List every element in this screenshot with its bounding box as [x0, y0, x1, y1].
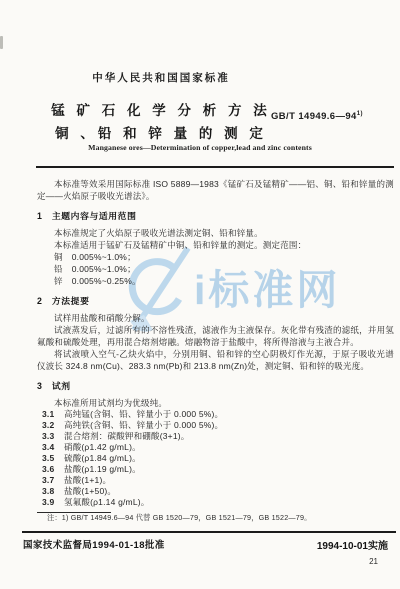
- reagent-item: 3.4硝酸(ρ1.42 g/mL)。: [37, 442, 394, 453]
- section-3-heading: 3 试剂: [37, 380, 394, 392]
- footnote: 注：1) GB/T 14949.6—94 代替 GB 1520—79，GB 15…: [37, 513, 394, 523]
- element-label: 铅: [54, 264, 63, 274]
- reagent-item: 3.7盐酸(1+1)。: [37, 475, 394, 486]
- reagent-number: 3.7: [42, 475, 58, 486]
- reagent-number: 3.9: [42, 497, 58, 508]
- standard-code: GB/T 14949.6—941): [271, 111, 363, 122]
- reagent-item: 3.1高纯锰(含铜、铅、锌量小于 0.000 5%)。: [37, 409, 394, 420]
- reagent-item: 3.2高纯铁(含铜、铅、锌量小于 0.000 5%)。: [37, 420, 394, 431]
- section-2-heading: 2 方法提要: [37, 295, 394, 307]
- reagent-text: 硫酸(ρ1.84 g/mL)。: [64, 453, 141, 463]
- section-2-paragraph-1: 试样用盐酸和硝酸分解。: [37, 312, 394, 324]
- range-item-zinc: 锌0.005%~0.25%。: [37, 275, 394, 287]
- section-1-paragraph-2: 本标准适用于锰矿石及锰精矿中铜、铅和锌量的测定。测定范围：: [37, 239, 394, 251]
- reagent-text: 氢氟酸(ρ1.14 g/mL)。: [64, 497, 150, 507]
- national-standard-label: 中华人民共和国国家标准: [30, 70, 292, 85]
- footer-divider: [22, 531, 396, 533]
- section-2-paragraph-2: 试液蒸发后，过滤所有的不溶性残渣，滤液作为主液保存。灰化带有残渣的滤纸，并用氢氟…: [37, 324, 394, 348]
- page-number: 21: [369, 557, 378, 566]
- document-page: i标准网 中华人民共和国国家标准 锰 矿 石 化 学 分 析 方 法 铜 、铅 …: [0, 0, 400, 589]
- reagent-number: 3.5: [42, 453, 58, 464]
- intro-paragraph: 本标准等效采用国际标准 ISO 5889—1983《锰矿石及锰精矿——铝、铜、铅…: [37, 178, 394, 202]
- reagent-text: 高纯锰(含铜、铅、锌量小于 0.000 5%)。: [64, 409, 223, 419]
- reagent-number: 3.3: [42, 431, 58, 442]
- element-range: 0.005%~1.0%；: [72, 264, 136, 274]
- element-range: 0.005%~0.25%。: [72, 276, 141, 286]
- section-1-paragraph-1: 本标准规定了火焰原子吸收光谱法测定铜、铅和锌量。: [37, 227, 394, 239]
- implementation-date: 1994-10-01实施: [317, 537, 388, 552]
- range-item-lead: 铅0.005%~1.0%；: [37, 263, 394, 275]
- reagent-number: 3.6: [42, 464, 58, 475]
- reagent-number: 3.2: [42, 420, 58, 431]
- scan-artifact: [0, 36, 3, 49]
- reagent-item: 3.3混合熔剂：碳酸钾和硼酸(3+1)。: [37, 431, 394, 442]
- element-label: 铜: [54, 252, 63, 262]
- reagent-text: 高纯铁(含铜、铅、锌量小于 0.000 5%)。: [64, 420, 223, 430]
- standard-code-footnote-ref: 1): [357, 111, 363, 117]
- reagent-item: 3.5硫酸(ρ1.84 g/mL)。: [37, 453, 394, 464]
- range-item-copper: 铜0.005%~1.0%；: [37, 251, 394, 263]
- reagent-text: 混合熔剂：碳酸钾和硼酸(3+1)。: [64, 431, 189, 441]
- reagent-text: 盐酸(1+1)。: [64, 475, 111, 485]
- header-divider: [36, 166, 394, 168]
- section-3-paragraph-1: 本标准所用试剂均为优级纯。: [37, 397, 394, 409]
- standard-code-text: GB/T 14949.6—94: [271, 111, 357, 122]
- doc-title-line2: 铜 、铅 和 锌 量 的 测 定: [30, 122, 292, 142]
- section-1-heading: 1 主题内容与适用范围: [37, 210, 394, 222]
- element-label: 锌: [54, 276, 63, 286]
- english-title: Manganese ores—Determination of copper,l…: [0, 143, 400, 152]
- section-2-paragraph-3: 将试液喷入空气-乙炔火焰中，分别用铜、铅和锌的空心阴极灯作光源，于原子吸收光谱仪…: [37, 348, 394, 372]
- reagent-text: 盐酸(1+50)。: [64, 486, 116, 496]
- document-body: 本标准等效采用国际标准 ISO 5889—1983《锰矿石及锰精矿——铝、铜、铅…: [37, 178, 394, 523]
- reagent-number: 3.8: [42, 486, 58, 497]
- reagent-item: 3.6盐酸(ρ1.19 g/mL)。: [37, 464, 394, 475]
- reagent-item: 3.9氢氟酸(ρ1.14 g/mL)。: [37, 497, 394, 508]
- reagent-text: 硝酸(ρ1.42 g/mL)。: [64, 442, 141, 452]
- reagent-number: 3.4: [42, 442, 58, 453]
- reagent-number: 3.1: [42, 409, 58, 420]
- element-range: 0.005%~1.0%；: [72, 252, 136, 262]
- doc-title-line1: 锰 矿 石 化 学 分 析 方 法: [30, 99, 292, 119]
- approval-info: 国家技术监督局1994-01-18批准: [23, 537, 165, 551]
- reagent-text: 盐酸(ρ1.19 g/mL)。: [64, 464, 141, 474]
- reagent-item: 3.8盐酸(1+50)。: [37, 486, 394, 497]
